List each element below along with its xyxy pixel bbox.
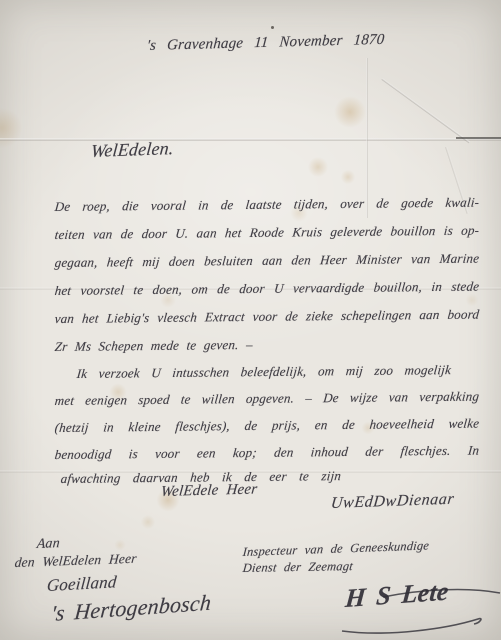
- closing-title: WelEdele Heer: [160, 481, 258, 501]
- body-line: (hetzij in kleine fleschjes), de prijs, …: [54, 416, 480, 436]
- signature-flourish: [328, 575, 501, 640]
- ink-speck: [271, 26, 274, 29]
- body-line: Ik verzoek U intusschen beleefdelijk, om…: [76, 362, 452, 382]
- body-line: benoodigd is voor een kop; den inhoud de…: [54, 443, 480, 463]
- address-city: 's Hertogenbosch: [50, 590, 212, 627]
- fold-crease-top: [0, 138, 501, 141]
- body-line: Zr Ms Schepen mede te geven. –: [54, 337, 254, 355]
- body-line: teiten van de door U. aan het Roode Krui…: [54, 223, 480, 243]
- address-line: den WelEdelen Heer: [14, 551, 137, 571]
- letter-scan: 's Gravenhage 11 November 1870 WelEdelen…: [0, 0, 501, 640]
- closing-valediction: UwEdDwDienaar: [330, 491, 455, 513]
- salutation: WelEdelen.: [90, 138, 175, 162]
- vertical-crease: [366, 58, 368, 218]
- sender-title-line: Inspecteur van de Geneeskundige: [242, 538, 430, 560]
- body-line: met eenigen spoed te willen opgeven. – D…: [54, 389, 480, 409]
- body-line: van het Liebig's vleesch Extract voor de…: [54, 307, 480, 327]
- address-line: Aan: [36, 536, 61, 553]
- address-recipient-name: Goeilland: [46, 572, 117, 596]
- body-line: het voorstel te doen, om de door U verva…: [54, 279, 480, 299]
- dateline: 's Gravenhage 11 November 1870: [146, 32, 385, 55]
- diagonal-crease-upper: [381, 78, 470, 143]
- paper-tear: [456, 137, 501, 139]
- body-line: De roep, die vooral in de laatste tijden…: [54, 195, 480, 215]
- sender-title-line: Dienst der Zeemagt: [242, 559, 354, 576]
- body-line: gegaan, heeft mij doen besluiten aan den…: [54, 251, 480, 271]
